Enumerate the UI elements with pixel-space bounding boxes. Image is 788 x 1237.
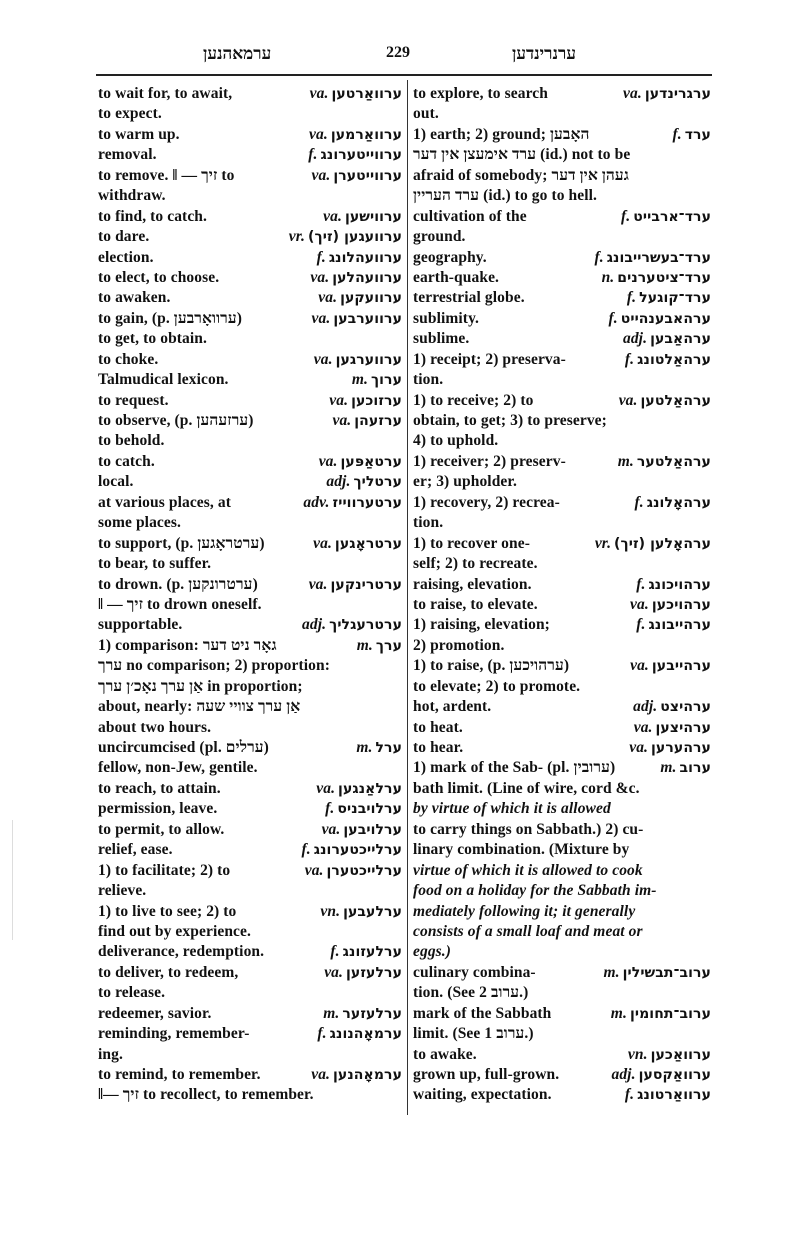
- definition-text: to wait for, to await,: [98, 84, 232, 104]
- headword-group: va.ערווייטערן: [312, 166, 403, 186]
- definition-text: election.: [98, 248, 154, 268]
- definition-text: waiting, expectation.: [413, 1085, 552, 1105]
- grammar-label: va.: [322, 821, 341, 838]
- yiddish-headword: ערוב־תבשילין: [623, 965, 711, 981]
- grammar-label: va.: [312, 310, 331, 327]
- dictionary-line: find out by experience.: [98, 922, 402, 942]
- definition-text: relieve.: [98, 881, 146, 901]
- dictionary-line: some places.: [98, 513, 402, 533]
- dictionary-line: to request.va.ערזוכען: [98, 391, 402, 411]
- definition-text: 1) receiver; 2) preserv-: [413, 452, 566, 472]
- grammar-label: f.: [621, 208, 630, 225]
- definition-text: terrestrial globe.: [413, 288, 525, 308]
- definition-text: withdraw.: [98, 186, 166, 206]
- definition-text: 1) earth; 2) ground; האָבען: [413, 125, 590, 145]
- definition-text: to find, to catch.: [98, 207, 207, 227]
- grammar-label: va.: [630, 596, 649, 613]
- dictionary-line: to find, to catch.va.ערווישען: [98, 207, 402, 227]
- grammar-label: m.: [357, 637, 373, 654]
- dictionary-line: to elevate; 2) to promote.: [413, 677, 711, 697]
- definition-text: 1) to receive; 2) to: [413, 391, 533, 411]
- definition-text: 1) recovery, 2) recrea-: [413, 493, 560, 513]
- definition-text: sublime.: [413, 329, 469, 349]
- grammar-label: m.: [356, 739, 372, 756]
- dictionary-line: grown up, full-grown.adj.ערוואַקסען: [413, 1065, 711, 1085]
- grammar-label: f.: [325, 800, 334, 817]
- dictionary-line: afraid of somebody; געהן אין דער: [413, 166, 711, 186]
- grammar-label: m.: [611, 1005, 627, 1022]
- definition-text: limit. (See ערוב 1.): [413, 1024, 534, 1044]
- dictionary-line: to hear.va.ערהערען: [413, 738, 711, 758]
- yiddish-headword: ערהאָלונג: [647, 495, 711, 511]
- headword-group: va.ערהייבען: [630, 656, 711, 676]
- dictionary-line: obtain, to get; 3) to preserve;: [413, 411, 711, 431]
- yiddish-headword: ערלעזען: [346, 965, 402, 981]
- headword-group: va.ערווערבען: [312, 309, 403, 329]
- yiddish-headword: ערוועהלען: [332, 270, 402, 286]
- grammar-label: va.: [309, 576, 328, 593]
- yiddish-headword: ערלאַנגען: [338, 781, 402, 797]
- definition-text: 1) receipt; 2) preserva-: [413, 350, 566, 370]
- yiddish-headword: ערלעבען: [343, 904, 402, 920]
- definition-text: consists of a small loaf and meat or: [413, 922, 643, 942]
- definition-text: at various places, at: [98, 493, 231, 513]
- headword-group: m.ערל: [356, 738, 402, 758]
- dictionary-line: deliverance, redemption.f.ערלעזונג: [98, 942, 402, 962]
- dictionary-line: 1) recovery, 2) recrea-f.ערהאָלונג: [413, 493, 711, 513]
- dictionary-line: cultivation of thef.ערד־ארבייט: [413, 207, 711, 227]
- grammar-label: va.: [318, 289, 337, 306]
- dictionary-line: to remind, to remember.va.ערמאָהנען: [98, 1065, 402, 1085]
- headword-group: va.ערלעזען: [324, 963, 402, 983]
- dictionary-line: to awake.vn.ערוואַכען: [413, 1045, 711, 1065]
- yiddish-headword: ערטרעגליך: [329, 617, 402, 633]
- grammar-label: va.: [329, 392, 348, 409]
- headword-group: va.ערלייכטערן: [305, 861, 402, 881]
- yiddish-headword: ערוואַקסען: [639, 1067, 711, 1083]
- grammar-label: va.: [630, 657, 649, 674]
- dictionary-line: to warm up.va.ערוואַרמען: [98, 125, 402, 145]
- dictionary-line: withdraw.: [98, 186, 402, 206]
- grammar-label: va.: [629, 739, 648, 756]
- yiddish-headword: ערוואַכען: [651, 1047, 711, 1063]
- definition-text: to hear.: [413, 738, 463, 758]
- grammar-label: f.: [636, 576, 645, 593]
- dictionary-line: to expect.: [98, 104, 402, 124]
- definition-text: to gain, (p. ערוואָרבען): [98, 309, 242, 329]
- definition-text: eggs.): [413, 942, 451, 962]
- dictionary-line: relief, ease.f.ערלייכטערונג: [98, 840, 402, 860]
- dictionary-line: relieve.: [98, 881, 402, 901]
- yiddish-headword: ערמאָהנען: [333, 1067, 402, 1083]
- dictionary-line: removal.f.ערווייטערונג: [98, 145, 402, 165]
- headword-group: adv.ערטערווייז: [303, 493, 402, 513]
- dictionary-line: to deliver, to redeem,va.ערלעזען: [98, 963, 402, 983]
- definition-text: 4) to uphold.: [413, 431, 498, 451]
- definition-text: to observe, (p. ערזעהען): [98, 411, 254, 431]
- headword-group: m.ערהאַלטער: [618, 452, 711, 472]
- headword-group: adj.ערטרעגליך: [302, 615, 402, 635]
- dictionary-line: to remove. ‖ — זיך tova.ערווייטערן: [98, 166, 402, 186]
- definition-text: er; 3) upholder.: [413, 472, 517, 492]
- grammar-label: va.: [623, 85, 642, 102]
- headword-group: va.ערווישען: [323, 207, 402, 227]
- dictionary-line: local.adj.ערטליך: [98, 472, 402, 492]
- yiddish-headword: ערטליך: [353, 474, 402, 490]
- headword-group: m.ערוב־תחומין: [611, 1004, 711, 1024]
- definition-text: mediately following it; it generally: [413, 902, 635, 922]
- dictionary-line: to awaken.va.ערוועקען: [98, 288, 402, 308]
- dictionary-line: 1) to raise, (p. ערהויכען)va.ערהייבען: [413, 656, 711, 676]
- definition-text: to choke.: [98, 350, 158, 370]
- yiddish-headword: ערלעזונג: [343, 944, 402, 960]
- grammar-label: adv.: [303, 494, 329, 511]
- headword-group: adj.ערוואַקסען: [611, 1065, 711, 1085]
- dictionary-line: sublimity.f.ערהאבענהייט: [413, 309, 711, 329]
- headword-group: va.ערלויבען: [322, 820, 402, 840]
- definition-text: to carry things on Sabbath.) 2) cu-: [413, 820, 643, 840]
- grammar-label: adj.: [326, 473, 350, 490]
- dictionary-line: אַן ערך נאָכ׳ן ערך in proportion;: [98, 677, 402, 697]
- dictionary-line: tion.: [413, 370, 711, 390]
- definition-text: redeemer, savior.: [98, 1004, 211, 1024]
- yiddish-headword: ערלייכטערן: [327, 863, 402, 879]
- grammar-label: m.: [323, 1005, 339, 1022]
- grammar-label: vr.: [289, 228, 305, 245]
- grammar-label: adj.: [302, 616, 326, 633]
- headword-group: adj.ערהיצט: [633, 697, 711, 717]
- definition-text: to support, (p. ערטראָגען): [98, 534, 265, 554]
- definition-text: fellow, non-Jew, gentile.: [98, 758, 258, 778]
- column-divider: [407, 80, 408, 1115]
- definition-text: to remove. ‖ — זיך to: [98, 166, 235, 186]
- headword-group: f.ערוואַרטונג: [625, 1085, 711, 1105]
- yiddish-headword: ערלייכטערונג: [314, 842, 402, 858]
- grammar-label: f.: [627, 289, 636, 306]
- yiddish-headword: ערווייטערונג: [321, 147, 402, 163]
- grammar-label: va.: [310, 269, 329, 286]
- headword-group: va.ערלאַנגען: [316, 779, 402, 799]
- dictionary-line: reminding, remember-f.ערמאָהנונג: [98, 1024, 402, 1044]
- dictionary-line: to behold.: [98, 431, 402, 451]
- dictionary-line: to release.: [98, 983, 402, 1003]
- definition-text: 1) to facilitate; 2) to: [98, 861, 230, 881]
- headword-group: vn.ערלעבען: [320, 902, 402, 922]
- yiddish-headword: ערהויכען: [652, 597, 711, 613]
- definition-text: removal.: [98, 145, 157, 165]
- headword-group: f.ערלעזונג: [330, 942, 402, 962]
- definition-text: to awake.: [413, 1045, 477, 1065]
- definition-text: cultivation of the: [413, 207, 527, 227]
- headword-group: f.ערהאַלטונג: [625, 350, 711, 370]
- dictionary-line: 1) raising, elevation;f.ערהייבונג: [413, 615, 711, 635]
- headword-group: m.ערלעזער: [323, 1004, 402, 1024]
- definition-text: by virtue of which it is allowed: [413, 799, 611, 819]
- yiddish-headword: ערוואַרטונג: [637, 1087, 711, 1103]
- definition-text: tion. (See ערוב 2.): [413, 983, 528, 1003]
- dictionary-line: ing.: [98, 1045, 402, 1065]
- headword-group: f.ערלייכטערונג: [301, 840, 402, 860]
- definition-text: ערך no comparison; 2) proportion:: [98, 656, 330, 676]
- yiddish-headword: ערהאַלטען: [641, 393, 711, 409]
- headword-group: m.ערוב־תבשילין: [604, 963, 712, 983]
- dictionary-line: 1) mark of the Sab- (pl. ערובין)m.ערוב: [413, 758, 711, 778]
- dictionary-line: election.f.ערוועהלונג: [98, 248, 402, 268]
- headword-group: va.ערטאַפּען: [319, 452, 402, 472]
- definition-text: to request.: [98, 391, 169, 411]
- definition-text: about two hours.: [98, 718, 211, 738]
- headword-group: m.ערוך: [352, 370, 402, 390]
- headword-group: adj.ערהאַבען: [623, 329, 711, 349]
- grammar-label: f.: [672, 126, 681, 143]
- headword-group: va.ערמאָהנען: [311, 1065, 402, 1085]
- definition-text: 1) mark of the Sab- (pl. ערובין): [413, 758, 615, 778]
- headword-group: f.ערוועהלונג: [317, 248, 402, 268]
- definition-text: out.: [413, 104, 439, 124]
- definition-text: אַן ערך נאָכ׳ן ערך in proportion;: [98, 677, 303, 697]
- headword-group: vn.ערוואַכען: [628, 1045, 711, 1065]
- yiddish-headword: ערטערווייז: [333, 495, 402, 511]
- yiddish-headword: ערזוכען: [351, 393, 402, 409]
- dictionary-line: linary combination. (Mixture by: [413, 840, 711, 860]
- dictionary-line: self; 2) to recreate.: [413, 554, 711, 574]
- dictionary-line: hot, ardent.adj.ערהיצט: [413, 697, 711, 717]
- definition-text: uncircumcised (pl. ערלים): [98, 738, 269, 758]
- definition-text: afraid of somebody; געהן אין דער: [413, 166, 629, 186]
- dictionary-line: 2) promotion.: [413, 636, 711, 656]
- headword-group: f.ערד: [672, 125, 711, 145]
- definition-text: ‖ — זיך to drown oneself.: [98, 595, 262, 615]
- headword-group: f.ערווייטערונג: [308, 145, 402, 165]
- dictionary-line: to choke.va.ערווערגען: [98, 350, 402, 370]
- dictionary-line: 1) comparison: גאָר ניט דערm.ערך: [98, 636, 402, 656]
- definition-text: permission, leave.: [98, 799, 217, 819]
- headword-group: va.ערטראָגען: [313, 534, 402, 554]
- grammar-label: va.: [313, 535, 332, 552]
- definition-text: 1) to live to see; 2) to: [98, 902, 236, 922]
- definition-text: to elevate; 2) to promote.: [413, 677, 580, 697]
- definition-text: to raise, to elevate.: [413, 595, 538, 615]
- dictionary-line: virtue of which it is allowed to cook: [413, 861, 711, 881]
- grammar-label: n.: [602, 269, 615, 286]
- dictionary-line: to gain, (p. ערוואָרבען)va.ערווערבען: [98, 309, 402, 329]
- dictionary-line: ערד העריין (id.) to go to hell.: [413, 186, 711, 206]
- dictionary-line: to raise, to elevate.va.ערהויכען: [413, 595, 711, 615]
- dictionary-line: waiting, expectation.f.ערוואַרטונג: [413, 1085, 711, 1105]
- yiddish-headword: ערהייבען: [652, 658, 711, 674]
- grammar-label: f.: [330, 943, 339, 960]
- definition-text: mark of the Sabbath: [413, 1004, 551, 1024]
- headword-group: f.ערהאָלונג: [635, 493, 712, 513]
- dictionary-line: consists of a small loaf and meat or: [413, 922, 711, 942]
- yiddish-headword: ערוב־תחומין: [630, 1006, 711, 1022]
- dictionary-line: mark of the Sabbathm.ערוב־תחומין: [413, 1004, 711, 1024]
- yiddish-headword: ערהויכונג: [648, 577, 711, 593]
- yiddish-headword: ערלויבניס: [337, 801, 402, 817]
- dictionary-line: er; 3) upholder.: [413, 472, 711, 492]
- headword-group: f.ערד־ארבייט: [621, 207, 711, 227]
- header-rule: [96, 74, 712, 76]
- dictionary-line: to observe, (p. ערזעהען)va.ערזעהן: [98, 411, 402, 431]
- dictionary-line: to explore, to searchva.ערגרינדען: [413, 84, 711, 104]
- grammar-label: f.: [594, 249, 603, 266]
- dictionary-line: ‖— זיך to recollect, to remember.: [98, 1085, 402, 1105]
- page-number: 229: [386, 44, 410, 62]
- definition-text: tion.: [413, 370, 443, 390]
- running-head-right: ערנרינדען: [512, 44, 576, 64]
- grammar-label: adj.: [623, 330, 647, 347]
- grammar-label: vr.: [595, 535, 611, 552]
- dictionary-line: to support, (p. ערטראָגען)va.ערטראָגען: [98, 534, 402, 554]
- definition-text: relief, ease.: [98, 840, 173, 860]
- definition-text: find out by experience.: [98, 922, 251, 942]
- dictionary-line: to wait for, to await,va.ערוואַרטען: [98, 84, 402, 104]
- headword-group: va.ערהאַלטען: [619, 391, 711, 411]
- definition-text: Talmudical lexicon.: [98, 370, 229, 390]
- dictionary-line: 4) to uphold.: [413, 431, 711, 451]
- yiddish-headword: ערל: [375, 740, 402, 756]
- definition-text: linary combination. (Mixture by: [413, 840, 629, 860]
- yiddish-headword: ערמאָהנונג: [330, 1026, 402, 1042]
- dictionary-line: 1) receipt; 2) preserva-f.ערהאַלטונג: [413, 350, 711, 370]
- grammar-label: va.: [309, 126, 328, 143]
- grammar-label: va.: [316, 780, 335, 797]
- definition-text: about, nearly: אַן ערך צוויי שעה: [98, 697, 300, 717]
- grammar-label: f.: [317, 249, 326, 266]
- left-column: to wait for, to await,va.ערוואַרטעןto ex…: [98, 84, 402, 1106]
- grammar-label: f.: [308, 146, 317, 163]
- yiddish-headword: ערווערבען: [333, 311, 402, 327]
- definition-text: tion.: [413, 513, 443, 533]
- definition-text: 1) raising, elevation;: [413, 615, 550, 635]
- definition-text: to elect, to choose.: [98, 268, 219, 288]
- headword-group: m.ערוב: [660, 758, 711, 778]
- grammar-label: va.: [310, 85, 329, 102]
- grammar-label: va.: [323, 208, 342, 225]
- headword-group: va.ערגרינדען: [623, 84, 711, 104]
- yiddish-headword: ערד־קוגעל: [639, 290, 711, 306]
- dictionary-line: about two hours.: [98, 718, 402, 738]
- dictionary-line: to heat.va.ערהיצען: [413, 718, 711, 738]
- definition-text: 1) comparison: גאָר ניט דער: [98, 636, 277, 656]
- dictionary-line: to elect, to choose.va.ערוועהלען: [98, 268, 402, 288]
- yiddish-headword: ערהיצען: [656, 720, 711, 736]
- headword-group: vr.ערוועגען (זיך): [289, 227, 402, 247]
- yiddish-headword: ערך: [376, 638, 402, 654]
- definition-text: ground.: [413, 227, 466, 247]
- definition-text: to warm up.: [98, 125, 180, 145]
- definition-text: to get, to obtain.: [98, 329, 207, 349]
- definition-text: to deliver, to redeem,: [98, 963, 238, 983]
- headword-group: f.ערמאָהנונג: [317, 1024, 402, 1044]
- dictionary-line: redeemer, savior.m.ערלעזער: [98, 1004, 402, 1024]
- definition-text: culinary combina-: [413, 963, 536, 983]
- yiddish-headword: ערווישען: [345, 209, 402, 225]
- definition-text: deliverance, redemption.: [98, 942, 264, 962]
- scan-artifact: [12, 820, 13, 940]
- yiddish-headword: ערוואַרטען: [331, 86, 402, 102]
- definition-text: local.: [98, 472, 133, 492]
- grammar-label: va.: [619, 392, 638, 409]
- yiddish-headword: ערהיצט: [660, 699, 711, 715]
- headword-group: va.ערהויכען: [630, 595, 711, 615]
- yiddish-headword: ערלויבען: [343, 822, 402, 838]
- definition-text: supportable.: [98, 615, 182, 635]
- headword-group: va.ערזעהן: [332, 411, 402, 431]
- dictionary-line: at various places, atadv.ערטערווייז: [98, 493, 402, 513]
- headword-group: vr.ערהאָלען (זיך): [595, 534, 711, 554]
- yiddish-headword: ערוב: [680, 760, 712, 776]
- yiddish-headword: ערגרינדען: [645, 86, 711, 102]
- dictionary-line: ערך no comparison; 2) proportion:: [98, 656, 402, 676]
- grammar-label: f.: [625, 1086, 634, 1103]
- dictionary-line: 1) receiver; 2) preserv-m.ערהאַלטער: [413, 452, 711, 472]
- yiddish-headword: ערטראָגען: [335, 536, 402, 552]
- right-column: to explore, to searchva.ערגרינדעןout.1) …: [413, 84, 711, 1106]
- dictionary-line: out.: [413, 104, 711, 124]
- definition-text: sublimity.: [413, 309, 479, 329]
- definition-text: ערד אימעצן אין דער (id.) not to be: [413, 145, 630, 165]
- grammar-label: f.: [636, 616, 645, 633]
- dictionary-line: culinary combina-m.ערוב־תבשילין: [413, 963, 711, 983]
- definition-text: to bear, to suffer.: [98, 554, 211, 574]
- grammar-label: m.: [660, 759, 676, 776]
- yiddish-headword: ערהאַלטונג: [637, 352, 711, 368]
- dictionary-line: to carry things on Sabbath.) 2) cu-: [413, 820, 711, 840]
- headword-group: f.ערהייבונג: [636, 615, 711, 635]
- dictionary-line: 1) to facilitate; 2) tova.ערלייכטערן: [98, 861, 402, 881]
- dictionary-line: 1) to receive; 2) tova.ערהאַלטען: [413, 391, 711, 411]
- yiddish-headword: ערלעזער: [342, 1006, 402, 1022]
- headword-group: va.ערוואַרמען: [309, 125, 402, 145]
- headword-group: va.ערהערען: [629, 738, 711, 758]
- grammar-label: va.: [311, 1066, 330, 1083]
- definition-text: to awaken.: [98, 288, 170, 308]
- definition-text: 2) promotion.: [413, 636, 504, 656]
- definition-text: to dare.: [98, 227, 149, 247]
- headword-group: f.ערלויבניס: [325, 799, 402, 819]
- dictionary-line: to catch.va.ערטאַפּען: [98, 452, 402, 472]
- grammar-label: f.: [625, 351, 634, 368]
- dictionary-line: supportable.adj.ערטרעגליך: [98, 615, 402, 635]
- yiddish-headword: ערד: [685, 127, 711, 143]
- dictionary-line: sublime.adj.ערהאַבען: [413, 329, 711, 349]
- headword-group: va.ערוואַרטען: [310, 84, 402, 104]
- yiddish-headword: ערוועהלונג: [329, 250, 402, 266]
- definition-text: obtain, to get; 3) to preserve;: [413, 411, 607, 431]
- grammar-label: va.: [634, 719, 653, 736]
- yiddish-headword: ערהערען: [651, 740, 711, 756]
- grammar-label: adj.: [633, 698, 657, 715]
- grammar-label: va.: [332, 412, 351, 429]
- dictionary-line: mediately following it; it generally: [413, 902, 711, 922]
- yiddish-headword: ערהייבונג: [649, 617, 711, 633]
- grammar-label: va.: [324, 964, 343, 981]
- headword-group: f.ערד־בעשרייבונג: [594, 248, 711, 268]
- headword-group: m.ערך: [357, 636, 402, 656]
- yiddish-headword: ערוך: [371, 372, 402, 388]
- dictionary-line: by virtue of which it is allowed: [413, 799, 711, 819]
- definition-text: ערד העריין (id.) to go to hell.: [413, 186, 597, 206]
- grammar-label: va.: [314, 351, 333, 368]
- dictionary-line: to reach, to attain.va.ערלאַנגען: [98, 779, 402, 799]
- dictionary-line: earth-quake.n.ערד־ציטערנים: [413, 268, 711, 288]
- headword-group: n.ערד־ציטערנים: [602, 268, 711, 288]
- dictionary-line: fellow, non-Jew, gentile.: [98, 758, 402, 778]
- yiddish-headword: ערהאבענהייט: [621, 311, 711, 327]
- definition-text: hot, ardent.: [413, 697, 491, 717]
- yiddish-headword: ערטרינקען: [331, 577, 403, 593]
